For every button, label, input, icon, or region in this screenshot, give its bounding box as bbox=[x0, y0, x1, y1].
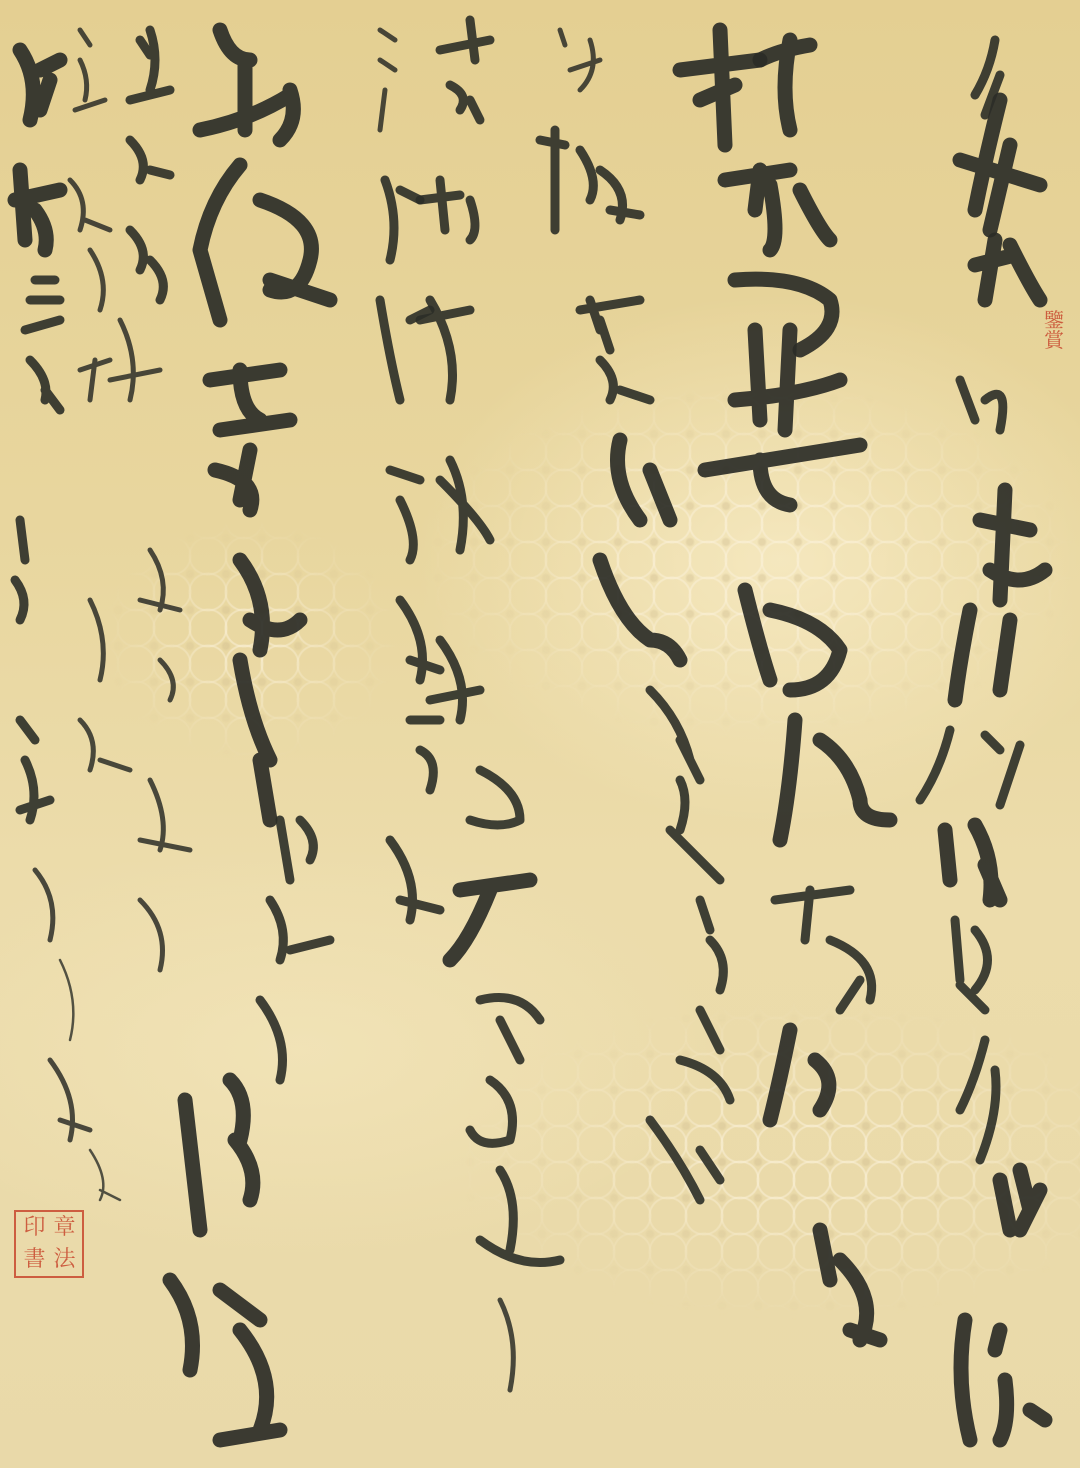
column-5 bbox=[380, 30, 440, 920]
column-3 bbox=[540, 30, 730, 1200]
seal-char: 章 bbox=[49, 1217, 79, 1239]
column-7 bbox=[110, 30, 190, 970]
column-4 bbox=[420, 20, 560, 1390]
column-6 bbox=[170, 30, 330, 1440]
inscription-columns bbox=[15, 50, 120, 1200]
column-1 bbox=[920, 40, 1045, 1440]
seal-text: 鑒賞 bbox=[1044, 310, 1074, 350]
ink-brushwork bbox=[0, 0, 1080, 1468]
artist-seal-bottom: 印 章 書 法 bbox=[14, 1210, 84, 1278]
seal-char: 法 bbox=[49, 1249, 79, 1271]
seal-char: 書 bbox=[19, 1249, 49, 1271]
collector-seal-top: 鑒賞 bbox=[1044, 255, 1074, 405]
column-8 bbox=[70, 30, 130, 770]
column-2 bbox=[680, 30, 890, 1340]
seal-char: 印 bbox=[19, 1217, 49, 1239]
calligraphy-artwork: 柳枝 bbox=[0, 0, 1080, 1468]
